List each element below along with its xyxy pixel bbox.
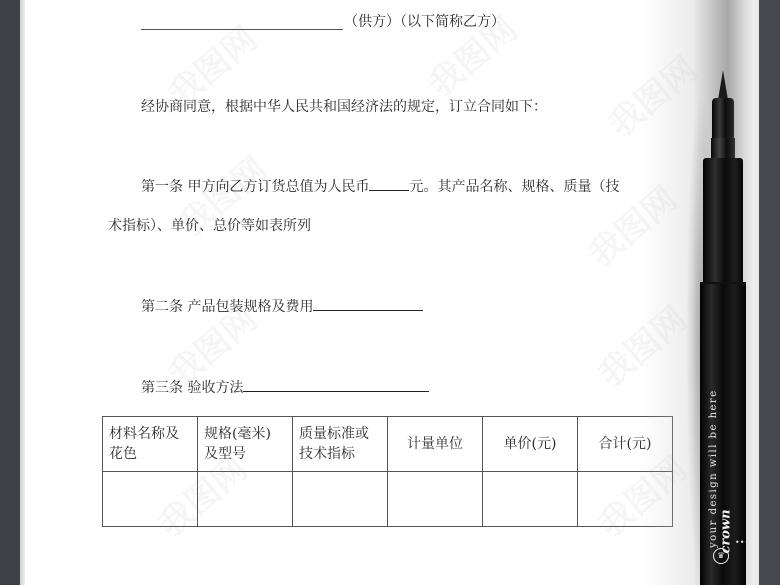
packaging-blank[interactable] — [313, 296, 423, 311]
article-3-label: 第三条 验收方法 — [141, 380, 243, 396]
article-3: 第三条 验收方法 — [141, 377, 429, 397]
pen-dots: ••• — [735, 540, 739, 546]
header-unit-price: 单价(元) — [483, 417, 578, 472]
order-total-blank[interactable] — [369, 176, 409, 191]
header-material: 材料名称及花色 — [103, 417, 198, 472]
product-spec-table: 材料名称及花色 规格(毫米)及型号 质量标准或技术指标 计量单位 单价(元) 合… — [102, 416, 673, 527]
article-1-line-2: 术指标）、单价、总价等如表所列 — [108, 215, 311, 235]
article-1-part-2: 元。其产品名称、规格、质量（技 — [409, 179, 619, 195]
pen-image: your design will be here ♛ crown ••• — [700, 70, 746, 585]
cell-quality[interactable] — [293, 472, 388, 527]
intro-paragraph: 经协商同意，根据中华人民共和国经济法的规定，订立合同如下： — [141, 96, 547, 116]
cell-unit[interactable] — [388, 472, 483, 527]
cell-unit-price[interactable] — [483, 472, 578, 527]
article-2: 第二条 产品包装规格及费用 — [141, 296, 423, 316]
pen-brand: crown — [719, 509, 734, 553]
header-spec: 规格(毫米)及型号 — [198, 417, 293, 472]
header-quality: 质量标准或技术指标 — [293, 417, 388, 472]
pen-tip — [718, 70, 728, 100]
article-1-part-1: 第一条 甲方向乙方订货总值为人民币 — [141, 179, 369, 195]
pen-grip — [703, 158, 743, 283]
header-unit: 计量单位 — [388, 417, 483, 472]
cell-spec[interactable] — [198, 472, 293, 527]
pen-nose — [712, 98, 734, 143]
table-header-row: 材料名称及花色 规格(毫米)及型号 质量标准或技术指标 计量单位 单价(元) 合… — [103, 417, 673, 472]
pen-ring — [711, 138, 735, 160]
article-1-line-1: 第一条 甲方向乙方订货总值为人民币元。其产品名称、规格、质量（技 — [141, 176, 619, 196]
paper-edge-right — [755, 0, 759, 585]
pen-slogan: your design will be here — [708, 328, 719, 548]
table-row — [103, 472, 673, 527]
inspection-blank[interactable] — [243, 377, 429, 392]
article-2-label: 第二条 产品包装规格及费用 — [141, 299, 313, 315]
supplier-label: （供方）（以下简称乙方） — [344, 11, 505, 31]
supplier-name-blank[interactable] — [141, 29, 343, 30]
cell-material[interactable] — [103, 472, 198, 527]
